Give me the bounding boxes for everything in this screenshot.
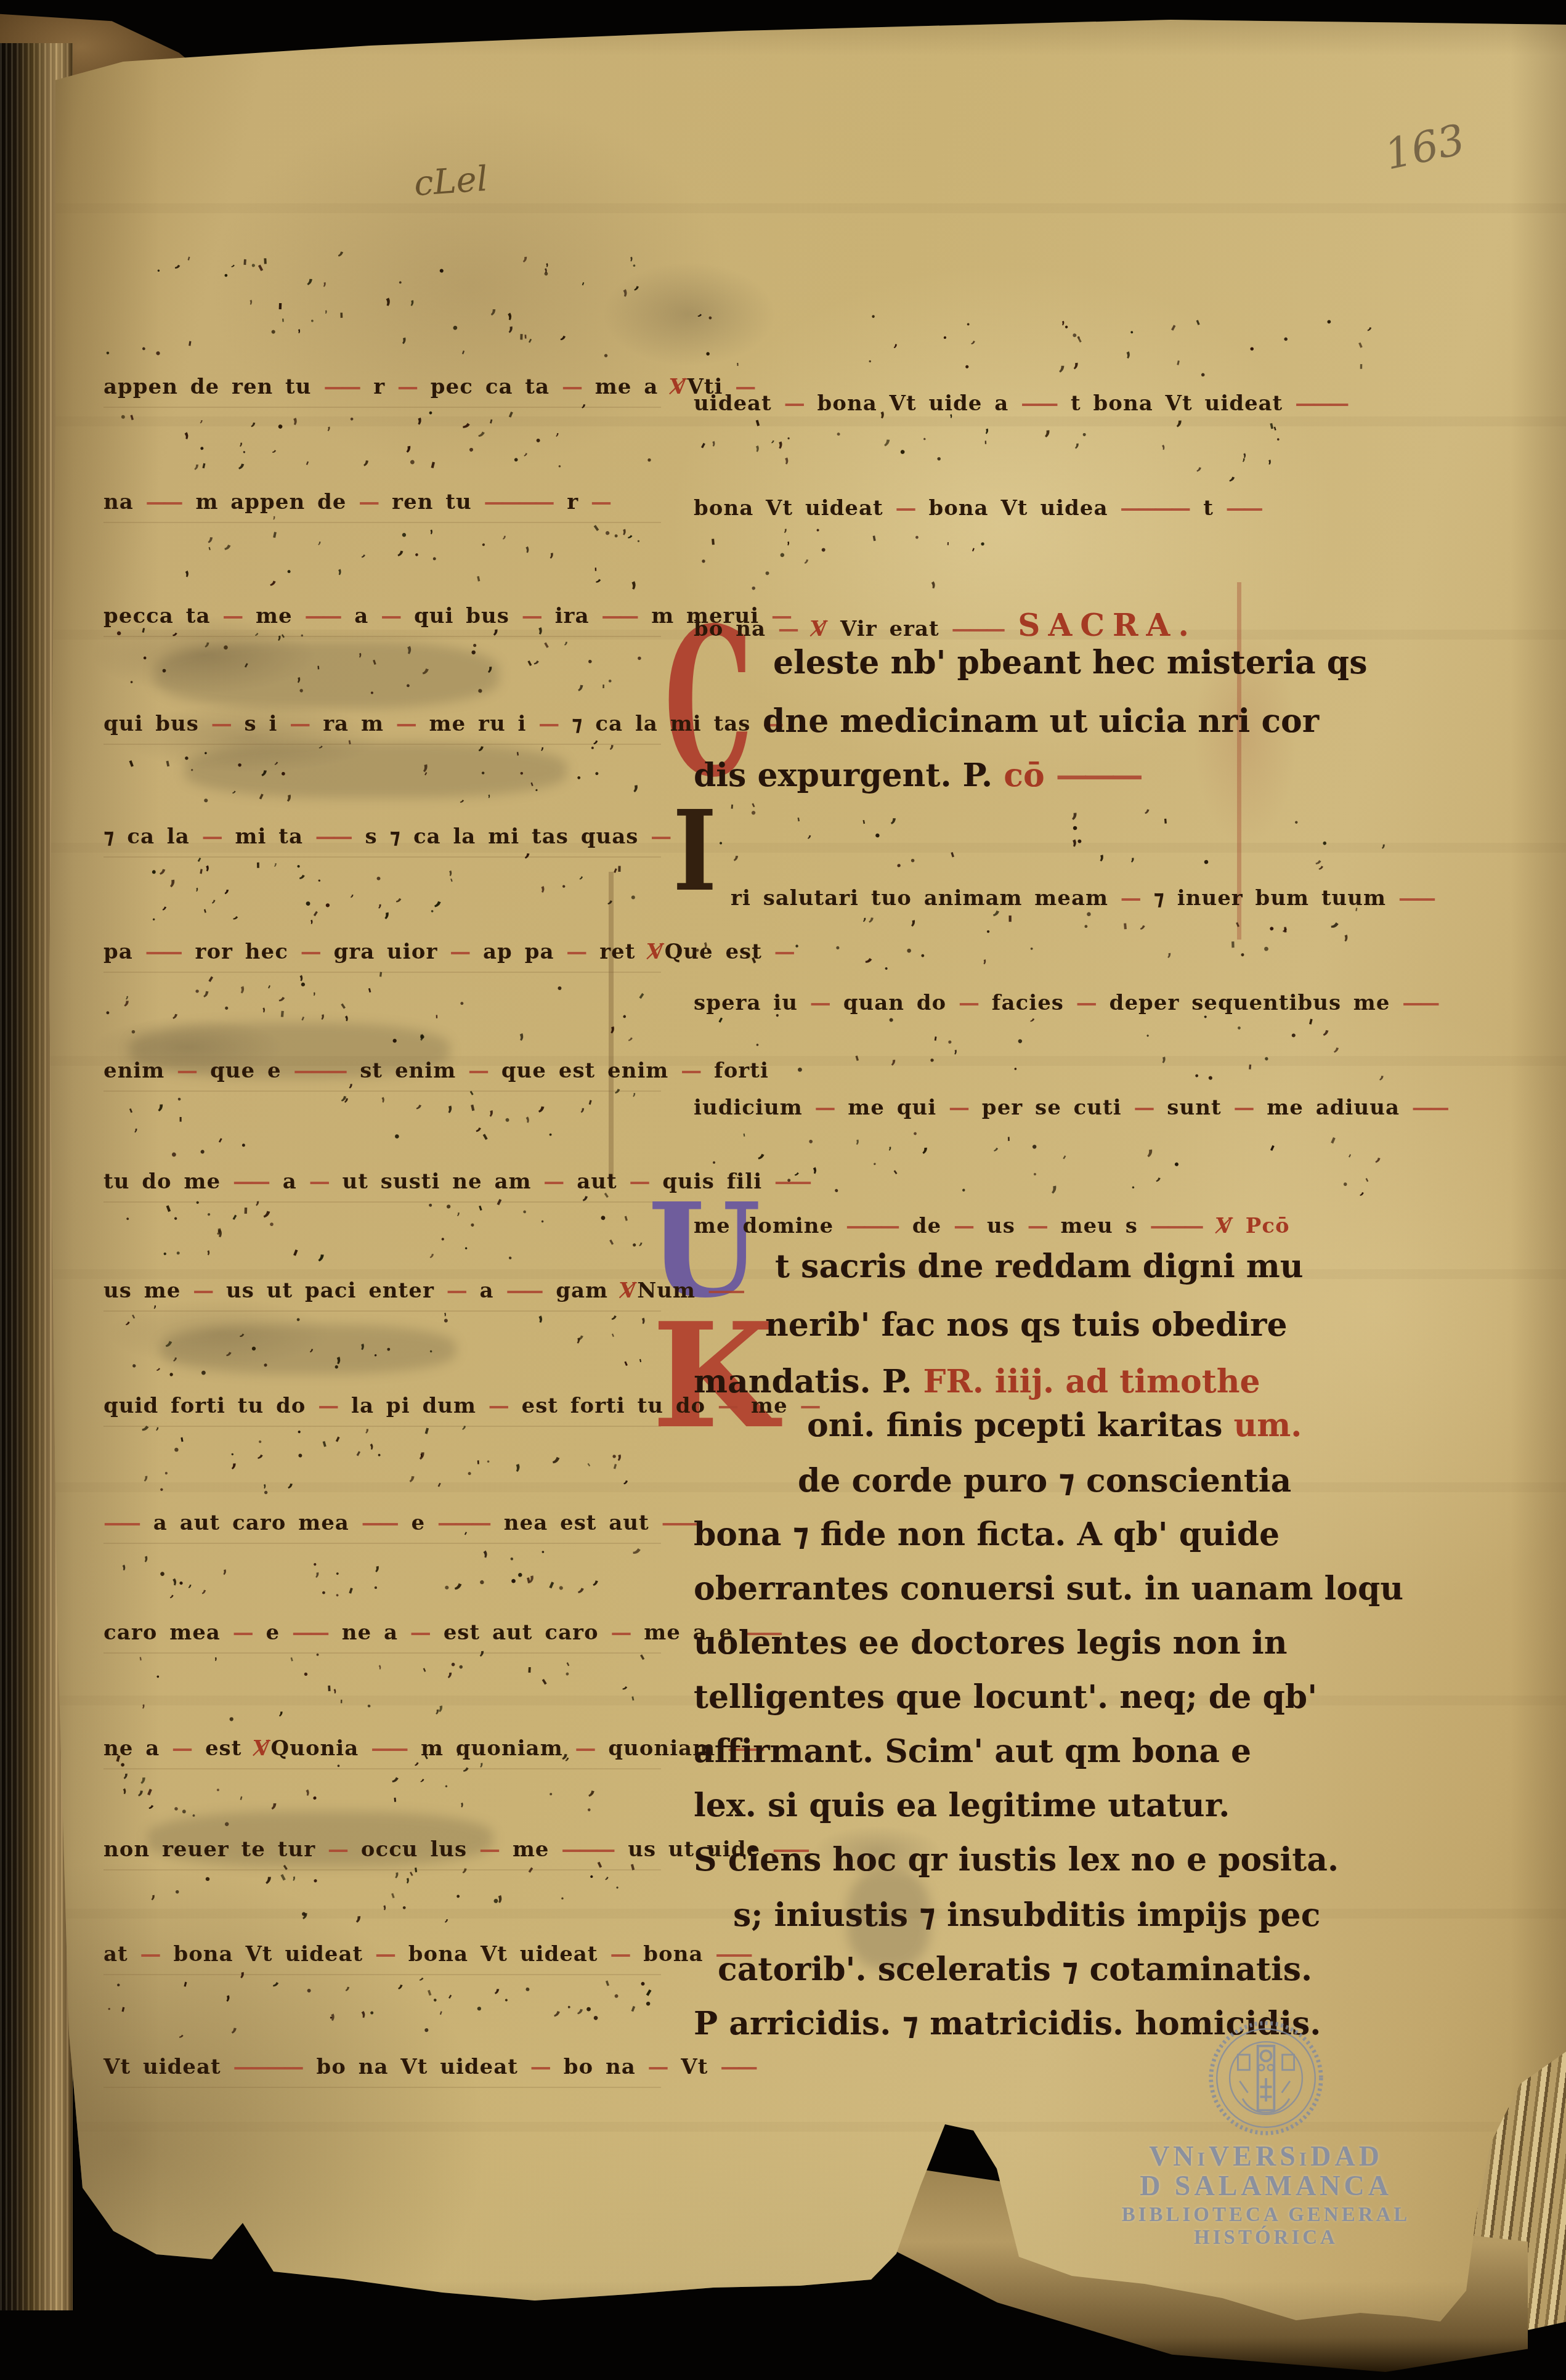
neume-mark: ' — [616, 862, 623, 887]
red-filler-line: — — [397, 375, 414, 399]
neume-mark: ' — [489, 1195, 506, 1220]
neume-mark: ʼ — [198, 1586, 207, 1605]
red-filler-line: —— — [233, 1169, 266, 1194]
neume-mark: ' — [392, 1795, 399, 1813]
neume-mark: . — [392, 272, 404, 287]
neume-mark: , — [1042, 413, 1052, 439]
neume-mark: ʼ — [347, 1081, 354, 1099]
neume-mark: ' — [184, 254, 192, 270]
rubric-red-text: V̸ — [254, 1736, 270, 1761]
neume-mark: , — [508, 1447, 524, 1474]
prose-text-line: oni. finis pcepti karitas um. — [807, 1407, 1302, 1444]
neume-mark: , — [992, 1138, 1003, 1155]
neume-band: ,ʼ.,.·.,,ʼ.ʼʼ'·'..ʼ.'·,'·'·ʼ',··'.,·' — [103, 1964, 661, 2045]
red-filler-line: — — [784, 391, 801, 416]
neume-mark: · — [472, 1570, 492, 1595]
neume-mark: ' — [376, 969, 384, 989]
neume-mark: ʼ — [254, 1199, 261, 1218]
neume-mark: ʼ — [325, 424, 334, 441]
red-filler-line: — — [396, 712, 413, 736]
neume-mark: · — [155, 264, 162, 278]
neume-mark: ' — [117, 2003, 127, 2024]
neume-mark: . — [805, 1126, 821, 1148]
neume-mark: . — [484, 1451, 492, 1466]
neume-mark: · — [790, 1056, 809, 1084]
neume-mark: . — [269, 408, 287, 434]
rubric-red-text: SACRA. — [1018, 607, 1196, 643]
neume-mark: . — [292, 1306, 302, 1325]
neume-mark: ʼ — [237, 1968, 249, 1992]
neume-mark: ' — [538, 1674, 556, 1697]
neume-mark: ʼ — [202, 862, 217, 884]
neume-mark: ' — [1229, 936, 1237, 964]
neume-mark: ʼ — [166, 629, 179, 647]
chant-text-line: non reuer te tur — occu lus — me ——— us … — [103, 1837, 661, 1862]
neume-band: ʼ,,·ʼ·,·.,.ʼ,.ʼ'.ʼ'·,.''ʼ,'·'ʼ.ʼ,·ʼ — [103, 399, 661, 480]
neume-mark: . — [125, 1208, 131, 1223]
neume-mark: ' — [281, 317, 286, 330]
neume-mark: ' — [585, 1461, 596, 1474]
neume-mark: , — [320, 272, 328, 288]
red-filler-line: — — [450, 940, 466, 964]
neume-mark: . — [1235, 1015, 1246, 1034]
neume-mark: . — [301, 1659, 312, 1680]
chant-text-line: bona Vt uideat — bona Vt uidea ———— t —— — [694, 496, 1396, 521]
neume-mark: ' — [212, 1135, 225, 1153]
neume-mark: · — [1012, 1028, 1029, 1054]
neume-mark: · — [917, 946, 928, 965]
neume-mark: · — [586, 1869, 597, 1886]
neume-mark: · — [755, 1038, 760, 1052]
neume-mark: , — [893, 334, 899, 349]
neume-mark: , — [1379, 1064, 1386, 1082]
prose-text-line: uolentes ee doctores legis non in — [694, 1624, 1287, 1662]
chant-text-line: me domine ——— de — us — meu s ——— V̸ Pcō — [694, 1214, 1396, 1238]
neume-band: ʼ',,'.,,,,.,,.ʼʼ,·ʼ.'',,ʼ,'.ʼ· — [694, 405, 1396, 486]
neume-mark: ʼ — [537, 882, 553, 906]
neume-mark: ʼ — [357, 1339, 372, 1363]
neume-mark: · — [912, 1125, 919, 1143]
neume-mark: . — [904, 932, 916, 959]
neume-mark: . — [1129, 321, 1135, 336]
neume-mark: , — [459, 792, 469, 805]
neume-mark: , — [318, 1238, 327, 1264]
neume-mark: . — [103, 999, 114, 1018]
neume-mark: . — [404, 673, 412, 692]
neume-mark: ʼ — [522, 850, 531, 872]
neume-mark: , — [611, 1304, 623, 1323]
neume-mark: · — [466, 1214, 479, 1235]
neume-mark: ' — [1358, 360, 1364, 381]
neume-mark: , — [622, 564, 641, 591]
neume-mark: , — [208, 524, 216, 546]
neume-mark: ' — [693, 439, 708, 461]
neume-mark: . — [449, 1649, 456, 1671]
neume-band: '''''·,''ʼʼ,·ʼ·,·ʼ,.,..·',ʼ,.. — [103, 1851, 661, 1932]
neume-mark: ' — [202, 906, 210, 922]
neume-mark: ' — [255, 858, 262, 882]
neume-mark: , — [1366, 317, 1376, 333]
neume-mark: ' — [277, 1007, 286, 1033]
neume-mark: ʼ — [562, 640, 568, 656]
neume-mark: , — [424, 520, 436, 536]
neume-mark: ʼ — [307, 1346, 314, 1362]
neume-mark: · — [436, 258, 447, 283]
neume-mark: . — [129, 1017, 138, 1039]
neume-mark: · — [148, 341, 168, 366]
prose-text-line: S ciens hoc qr iustis lex no e posita. — [694, 1841, 1339, 1878]
neume-mark: ' — [225, 1211, 240, 1232]
neume-mark: , — [266, 1860, 274, 1886]
neume-mark: , — [577, 670, 586, 694]
red-filler-line: —— — [708, 1278, 741, 1303]
quire-inscription: cLel — [413, 159, 489, 204]
neume-mark: · — [457, 1657, 465, 1678]
chant-text-line: us me — us ut paci enter — a —— gam V̸Nu… — [103, 1278, 661, 1303]
chant-text-line: ri salutari tuo animam meam — ⁊ inuer bu… — [731, 886, 1433, 911]
neume-mark: , — [331, 558, 345, 577]
neume-mark: . — [869, 304, 881, 322]
neume-mark: , — [607, 889, 619, 908]
neume-mark: , — [441, 1090, 456, 1116]
neume-mark: . — [516, 1557, 525, 1583]
neume-mark: ' — [1057, 1152, 1069, 1168]
red-filler-line: — — [1134, 1095, 1151, 1120]
red-filler-line: — — [140, 1942, 157, 1967]
neume-mark: · — [1130, 1181, 1137, 1195]
neume-mark: . — [817, 532, 827, 556]
neume-mark: ' — [468, 1100, 480, 1126]
chant-text-line: tu do me —— a — ut susti ne am — aut — q… — [103, 1169, 661, 1194]
neume-mark: . — [700, 338, 713, 361]
neume-mark: ' — [436, 2008, 444, 2024]
red-filler-line: — — [468, 1058, 485, 1083]
red-filler-line: — — [562, 375, 578, 399]
neume-mark: · — [213, 1782, 222, 1798]
neume-mark: ' — [370, 656, 382, 677]
neume-mark: . — [142, 645, 148, 663]
neume-mark: , — [406, 288, 417, 307]
neume-mark: ' — [338, 309, 345, 331]
neume-mark: ʼ — [416, 663, 432, 691]
neume-mark: · — [410, 546, 423, 564]
neume-mark: . — [707, 305, 713, 323]
neume-mark: · — [604, 672, 616, 690]
chant-text-line: iudicium — me qui — per se cuti — sunt —… — [694, 1095, 1396, 1120]
red-filler-line: — — [651, 824, 667, 849]
neume-mark: ʼ — [533, 1312, 553, 1338]
stamp-university-name-line2: D SALAMANCA — [1081, 2171, 1451, 2201]
red-filler-line: — — [575, 1736, 591, 1761]
neume-mark: ' — [948, 848, 960, 869]
neume-mark: ʼ — [180, 428, 200, 453]
neume-mark: ' — [1162, 815, 1170, 837]
neume-mark: ' — [207, 545, 214, 559]
neume-mark: ʼ — [354, 1912, 363, 1939]
red-filler-line: —— — [506, 1278, 539, 1303]
neume-mark: . — [115, 1972, 124, 1990]
neume-mark: ʼ — [222, 887, 230, 907]
folio-number: 163 — [1381, 115, 1469, 179]
chant-text-line: —— a aut caro mea —— e ——— nea est aut —… — [103, 1511, 661, 1535]
neume-mark: · — [509, 449, 522, 472]
neume-mark: . — [333, 1562, 341, 1578]
neume-mark: ʼ — [540, 745, 546, 760]
neume-mark: . — [1262, 1043, 1272, 1065]
neume-mark: , — [149, 1883, 156, 1902]
neume-mark: , — [272, 1970, 286, 1991]
neume-mark: , — [485, 652, 495, 675]
ruling-line — [103, 2087, 661, 2088]
red-filler-line: —— — [371, 1736, 404, 1761]
red-filler-line: ——— — [952, 617, 1002, 641]
neume-mark: . — [574, 765, 587, 784]
neume-mark: ' — [339, 1697, 344, 1712]
neume-mark: · — [478, 537, 489, 554]
neume-mark: . — [598, 340, 611, 362]
neume-mark: , — [517, 534, 533, 554]
neume-mark: , — [631, 1084, 638, 1099]
neume-mark: , — [317, 1002, 327, 1021]
neume-mark: . — [368, 682, 380, 698]
neume-mark: · — [317, 874, 322, 888]
neume-band: '·ʼ'··ʼ.··',ʼ'ʼ·'ʼʼ·.ʼ,.,'ʼ — [694, 796, 1396, 876]
neume-mark: ʼ — [333, 248, 346, 271]
neume-mark: · — [236, 755, 243, 776]
red-filler-line: — — [959, 991, 975, 1015]
red-filler-line: ——— — [561, 1837, 611, 1862]
neume-mark: ʼ — [492, 1986, 501, 2008]
neume-mark: . — [296, 855, 301, 871]
neume-mark: ' — [316, 663, 321, 678]
neume-mark: . — [465, 433, 484, 457]
neume-mark: , — [169, 1586, 177, 1601]
chant-text-line: Vt uideat ———— bo na Vt uideat — bo na —… — [103, 2055, 661, 2079]
red-filler-line: — — [381, 604, 397, 628]
neume-band: ,·''·.'·ʼʼ,.ʼ'ʼ'ʼ,,,'''ʼʼ·'·,··,'·ʼ.ʼ. — [103, 1419, 661, 1501]
chant-text-line: caro mea — e —— ne a — est aut caro — me… — [103, 1620, 661, 1645]
neume-mark: . — [866, 352, 873, 366]
neume-band: .,.ʼ'ʼʼ',.·,··ʼ,ʼ···',ʼ',ʼ,',''''. — [103, 967, 661, 1049]
neume-mark: ʼ — [1151, 1174, 1162, 1194]
neume-mark: ʼ — [132, 1421, 152, 1447]
red-filler-line: — — [566, 940, 583, 964]
neume-mark: ' — [630, 1693, 638, 1712]
neume-mark: , — [970, 331, 980, 347]
neume-mark: ' — [425, 457, 438, 484]
neume-mark: , — [1118, 336, 1134, 360]
neume-mark: · — [264, 1214, 280, 1237]
neume-mark: , — [138, 1695, 147, 1710]
neume-mark: ' — [1304, 1014, 1316, 1038]
red-filler-line: — — [538, 712, 555, 736]
neume-mark: , — [251, 410, 259, 429]
neume-mark: , — [1074, 432, 1081, 450]
neume-mark: ʼ — [413, 413, 430, 441]
neume-mark: ʼ — [1158, 1052, 1173, 1078]
neume-mark: ʼ — [1140, 805, 1151, 826]
neume-mark: · — [453, 1887, 463, 1906]
rubric-red-text: FR. iiij. ad timothe — [923, 1363, 1260, 1400]
neume-mark: · — [560, 877, 567, 896]
neume-mark: ' — [389, 1890, 400, 1911]
red-filler-line: —— — [305, 604, 338, 628]
neume-mark: , — [553, 1996, 566, 2020]
neume-mark: ' — [346, 737, 354, 755]
neume-mark: , — [391, 1763, 407, 1787]
neume-mark: ' — [241, 1203, 250, 1230]
neume-mark: ' — [178, 1115, 183, 1134]
red-filler-line: — — [778, 617, 795, 641]
neume-mark: ʼ — [889, 1056, 898, 1080]
red-filler-line: —— — [103, 1511, 137, 1535]
neume-mark: ʼ — [921, 1144, 929, 1169]
red-filler-line: — — [954, 1214, 970, 1238]
neume-mark: , — [211, 890, 218, 906]
prose-text-line: dis expurgent. P. cō ——— — [694, 757, 1143, 794]
neume-mark: · — [1321, 833, 1328, 855]
red-filler-line: ——— — [1056, 757, 1139, 794]
neume-mark: , — [559, 323, 572, 343]
neume-mark: · — [906, 850, 920, 872]
neume-mark: ' — [349, 1447, 364, 1468]
red-filler-line: — — [610, 1942, 627, 1967]
neume-mark: · — [1236, 945, 1249, 965]
prose-text-line: eleste nb' pbeant hec misteria qs — [773, 644, 1367, 681]
neume-mark: · — [387, 1123, 406, 1150]
neume-mark: · — [299, 973, 307, 997]
neume-mark: · — [1286, 1023, 1302, 1047]
red-filler-line: — — [543, 1169, 560, 1194]
neume-mark: . — [415, 2013, 433, 2037]
red-filler-line: —— — [601, 604, 635, 628]
neume-band: ,',..·.·,···ʼ.·'',·''···ʼʼ. — [694, 1005, 1396, 1086]
neume-mark: . — [555, 1570, 572, 1595]
neume-mark: · — [521, 1977, 535, 2002]
neume-mark: · — [1262, 935, 1270, 962]
neume-mark: . — [399, 1895, 412, 1914]
neume-mark: ʼ — [410, 1759, 420, 1776]
neume-mark: , — [1145, 1131, 1155, 1159]
neume-band: ',.ʼ'ʼ..ʼ,.ʼ·ʼ·'·ʼ''''·ʼ.,·,···ʼ — [694, 901, 1396, 981]
neume-mark: , — [429, 1243, 437, 1260]
neume-mark: , — [1048, 1168, 1060, 1195]
neume-mark: , — [1059, 350, 1067, 375]
neume-mark: , — [256, 998, 268, 1014]
neume-mark: ' — [578, 280, 586, 294]
neume-mark: ʼ — [980, 956, 991, 975]
neume-mark: , — [455, 1793, 466, 1809]
neume-mark: , — [269, 567, 282, 589]
neume-mark: ' — [1263, 1142, 1278, 1164]
neume-mark: · — [611, 1984, 622, 2008]
neume-mark: . — [365, 1693, 372, 1712]
neume-mark: ' — [742, 1132, 747, 1145]
neume-mark: , — [633, 274, 644, 293]
neume-mark: · — [1249, 339, 1255, 360]
red-filler-line: — — [328, 1837, 344, 1862]
neume-mark: ' — [476, 1202, 488, 1223]
chant-text-line: pecca ta — me —— a — qui bus — ira —— m … — [103, 604, 661, 628]
chant-text-line: enim — que e ——— st enim — que est enim … — [103, 1058, 661, 1083]
neume-mark: . — [787, 429, 791, 442]
neume-mark: ' — [251, 789, 267, 813]
neume-mark: , — [453, 1566, 471, 1594]
neume-mark: ' — [861, 818, 869, 834]
neume-mark: ʼ — [460, 1865, 468, 1887]
red-filler-line: — — [522, 604, 538, 628]
neume-mark: . — [161, 1241, 169, 1259]
red-filler-line: —— — [362, 1511, 395, 1535]
red-filler-line: —— — [145, 940, 179, 964]
rubric-red-text: V̸ — [620, 1278, 637, 1303]
neume-mark: ' — [968, 546, 976, 560]
chant-text-line: appen de ren tu —— r — pec ca ta — me a … — [103, 375, 661, 399]
red-filler-line: ———— — [1120, 496, 1187, 521]
neume-mark: , — [851, 1127, 862, 1146]
red-filler-line: — — [1076, 991, 1093, 1015]
red-filler-line: — — [318, 1394, 335, 1418]
neume-mark: , — [238, 1324, 251, 1340]
neume-mark: · — [323, 893, 333, 918]
neume-mark: ' — [474, 572, 484, 595]
neume-mark: ' — [127, 1105, 138, 1124]
neume-mark: . — [834, 420, 845, 440]
neume-mark: ' — [138, 1654, 145, 1670]
neume-mark: ' — [185, 338, 193, 359]
neume-mark: · — [426, 1345, 436, 1359]
neume-mark: , — [621, 1676, 634, 1693]
neume-mark: , — [156, 1088, 166, 1114]
neume-band: ...,'ʼ,ʼʼ.ʼ.'··'ʼ'ʼ,ʼ,ʼ,·ʼ·,.ʼ. — [103, 1302, 661, 1384]
neume-mark: . — [333, 1584, 341, 1600]
neume-mark: . — [159, 654, 169, 677]
red-filler-line: — — [949, 1095, 965, 1120]
neume-mark: ' — [343, 1583, 356, 1607]
neume-mark: . — [277, 758, 293, 781]
red-filler-line: — — [530, 2055, 547, 2079]
neume-mark: ' — [268, 527, 280, 553]
neume-mark: ' — [264, 983, 272, 996]
neume-mark: ' — [946, 540, 950, 553]
neume-mark: ʼ — [270, 759, 279, 774]
neume-mark: ʼ — [579, 1106, 585, 1124]
stamp-university-name-line1: VNiVERSiDAD — [1081, 2142, 1451, 2171]
neume-mark: . — [793, 933, 805, 951]
neume-mark: ' — [1006, 1134, 1011, 1151]
chant-text-line: spera iu — quan do — facies — deper sequ… — [694, 991, 1396, 1015]
neume-mark: ' — [449, 877, 456, 890]
neume-mark: · — [501, 1108, 514, 1132]
neume-mark: · — [942, 330, 947, 346]
neume-mark: , — [981, 416, 991, 435]
library-watermark: VNiVERSiDAD D SALAMANCA BIBLIOTECA GENER… — [1081, 2020, 1451, 2249]
neume-mark: . — [707, 1151, 718, 1168]
red-filler-line: — — [410, 1620, 427, 1645]
neume-mark: , — [219, 1558, 229, 1576]
neume-mark: , — [221, 1981, 233, 2003]
red-filler-line: — — [447, 1278, 463, 1303]
neume-mark: ' — [1344, 1152, 1353, 1165]
neume-mark: , — [1333, 1034, 1343, 1055]
neume-mark: . — [553, 457, 563, 471]
neume-mark: , — [442, 859, 455, 878]
neume-mark: ʼ — [785, 539, 795, 554]
chant-text-line: at — bona Vt uideat — bona Vt uideat — b… — [103, 1942, 661, 1967]
neume-mark: · — [189, 1808, 200, 1824]
neume-mark: ʼ — [575, 874, 584, 889]
neume-mark: ʼ — [808, 1163, 826, 1188]
